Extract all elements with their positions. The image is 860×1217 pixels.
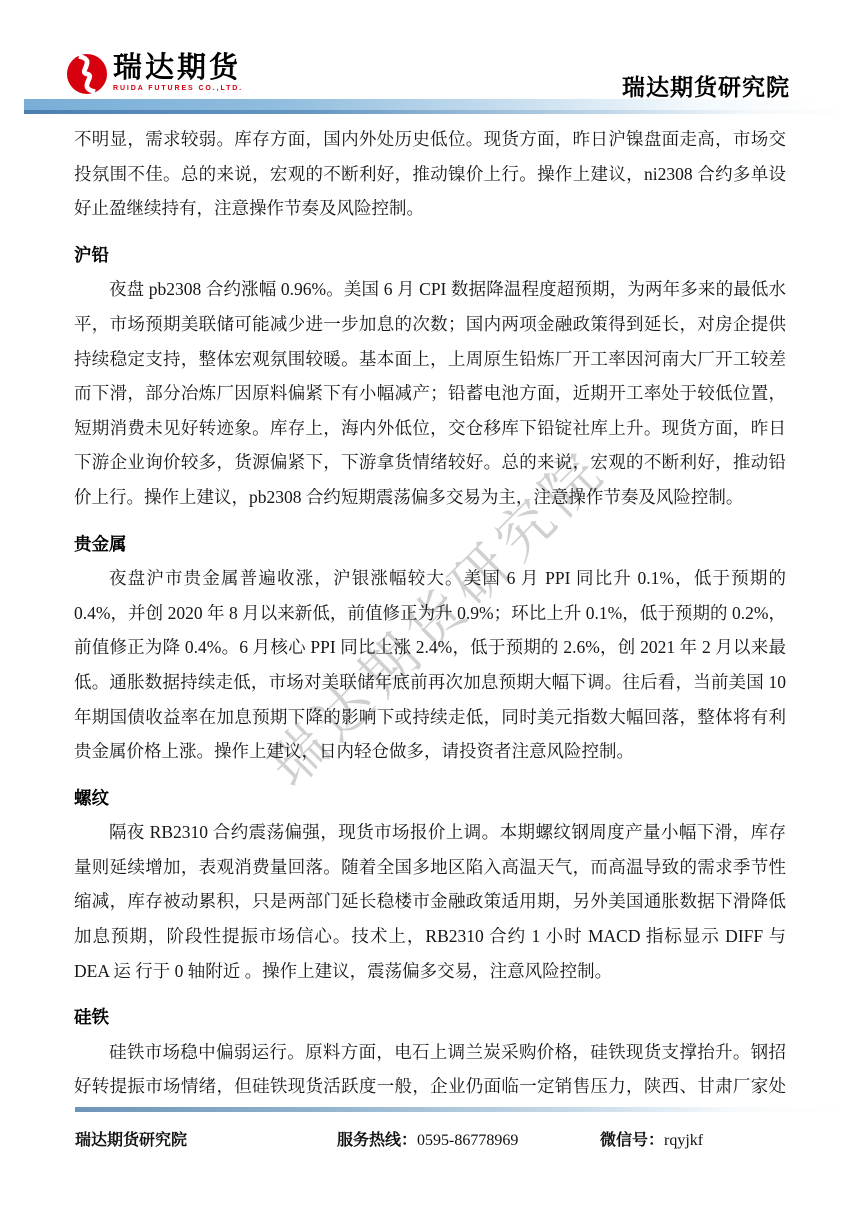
- brand-text-block: 瑞达期货 RUIDA FUTURES CO.,LTD.: [113, 53, 243, 92]
- section-heading-rebar: 螺纹: [74, 781, 786, 816]
- report-body: 不明显，需求较弱。库存方面，国内外处历史低位。现货方面，昨日沪镍盘面走高，市场交…: [74, 122, 786, 1104]
- paragraph-precious-metals: 夜盘沪市贵金属普遍收涨，沪银涨幅较大。美国 6 月 PPI 同比升 0.1%，低…: [74, 561, 786, 769]
- section-heading-ferrosilicon: 硅铁: [74, 1000, 786, 1035]
- footer-divider-bar: [75, 1107, 850, 1112]
- wechat-label: 微信号：: [600, 1132, 664, 1149]
- section-heading-shanghai-lead: 沪铅: [74, 238, 786, 273]
- brand-name-en: RUIDA FUTURES CO.,LTD.: [113, 85, 243, 92]
- paragraph-nickel-continuation: 不明显，需求较弱。库存方面，国内外处历史低位。现货方面，昨日沪镍盘面走高，市场交…: [74, 122, 786, 226]
- ruida-logo-svg: [66, 53, 108, 95]
- header-divider-bar: [24, 99, 852, 114]
- footer-wechat: 微信号：rqyjkf: [600, 1127, 703, 1150]
- paragraph-shanghai-lead: 夜盘 pb2308 合约涨幅 0.96%。美国 6 月 CPI 数据降温程度超预…: [74, 272, 786, 514]
- paragraph-ferrosilicon: 硅铁市场稳中偏弱运行。原料方面，电石上调兰炭采购价格，硅铁现货支撑抬升。钢招好转…: [74, 1035, 786, 1104]
- brand-name-cn: 瑞达期货: [113, 53, 243, 83]
- ruida-logo-icon: [66, 53, 108, 95]
- hotline-label: 服务热线：: [337, 1132, 417, 1149]
- footer-hotline: 服务热线：0595-86778969: [337, 1127, 518, 1150]
- section-heading-precious-metals: 贵金属: [74, 527, 786, 562]
- hotline-number: 0595-86778969: [417, 1132, 518, 1149]
- footer-institute: 瑞达期货研究院: [75, 1127, 187, 1150]
- wechat-id: rqyjkf: [664, 1132, 703, 1149]
- report-page: 瑞达期货 RUIDA FUTURES CO.,LTD. 瑞达期货研究院 瑞达期货…: [0, 0, 860, 1217]
- research-institute-title: 瑞达期货研究院: [622, 69, 790, 102]
- paragraph-rebar: 隔夜 RB2310 合约震荡偏强，现货市场报价上调。本期螺纹钢周度产量小幅下滑，…: [74, 815, 786, 988]
- brand-logo: 瑞达期货 RUIDA FUTURES CO.,LTD.: [66, 53, 243, 95]
